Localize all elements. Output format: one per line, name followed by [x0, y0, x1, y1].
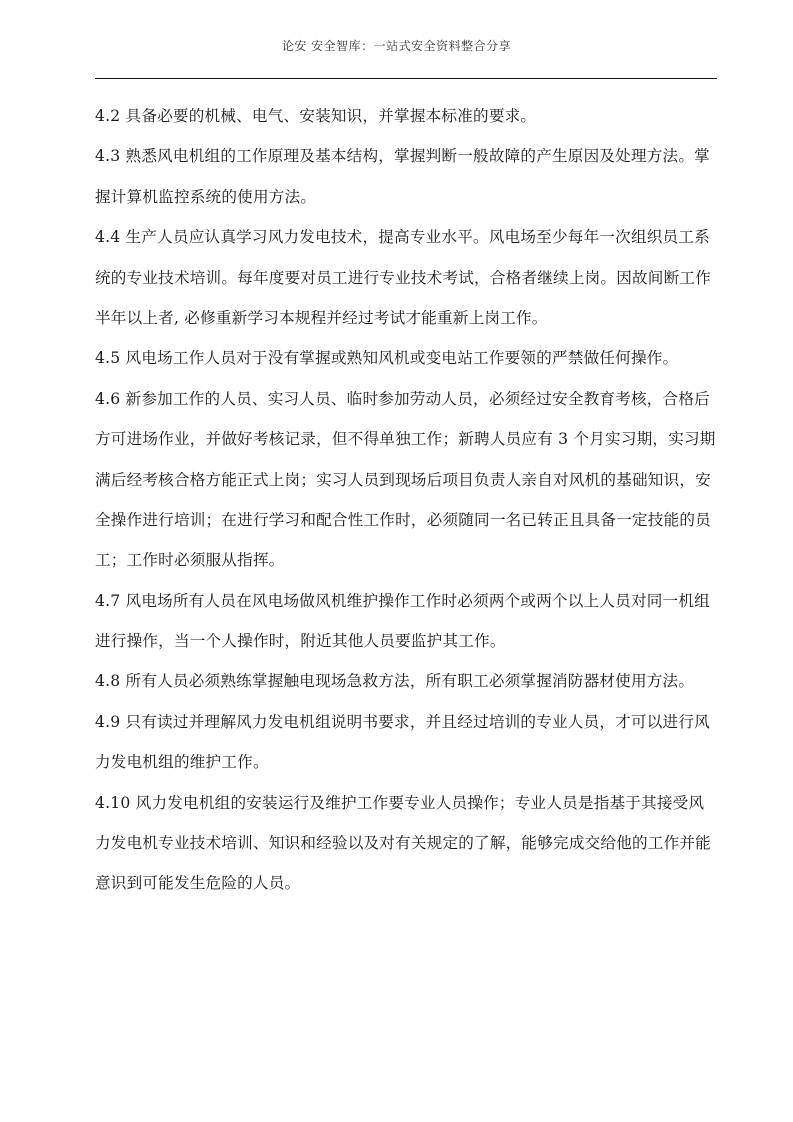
text-line: 统的专业技术培训。每年度要对员工进行专业技术考试，合格者继续上岗。因故间断工作 — [95, 265, 719, 305]
header-divider — [95, 78, 717, 79]
paragraph-4-2: 4.2 具备必要的机械、电气、安装知识，并掌握本标准的要求。 — [95, 103, 719, 143]
paragraph-4-6: 4.6 新参加工作的人员、实习人员、临时参加劳动人员，必须经过安全教育考核，合格… — [95, 386, 719, 588]
text-line: 4.7 风电场所有人员在风电场做风机维护操作工作时必须两个或两个以上人员对同一机… — [95, 588, 719, 628]
document-body: 4.2 具备必要的机械、电气、安装知识，并掌握本标准的要求。 4.3 熟悉风电机… — [95, 103, 719, 911]
paragraph-4-8: 4.8 所有人员必须熟练掌握触电现场急救方法，所有职工必须掌握消防器材使用方法。 — [95, 668, 719, 708]
text-line: 4.9 只有读过并理解风力发电机组说明书要求，并且经过培训的专业人员，才可以进行… — [95, 709, 719, 749]
paragraph-4-7: 4.7 风电场所有人员在风电场做风机维护操作工作时必须两个或两个以上人员对同一机… — [95, 588, 719, 669]
text-line: 4.4 生产人员应认真学习风力发电技术，提高专业水平。风电场至少每年一次组织员工… — [95, 224, 719, 264]
paragraph-4-5: 4.5 风电场工作人员对于没有掌握或熟知风机或变电站工作要领的严禁做任何操作。 — [95, 345, 719, 385]
text-line: 全操作进行培训；在进行学习和配合性工作时，必须随同一名已转正且具备一定技能的员 — [95, 507, 719, 547]
text-line: 工；工作时必须服从指挥。 — [95, 547, 719, 587]
text-line: 4.10 风力发电机组的安装运行及维护工作要专业人员操作；专业人员是指基于其接受… — [95, 790, 719, 830]
text-line: 力发电机专业技术培训、知识和经验以及对有关规定的了解，能够完成交给他的工作并能 — [95, 830, 719, 870]
text-line: 方可进场作业，并做好考核记录，但不得单独工作；新聘人员应有 3 个月实习期，实习… — [95, 426, 719, 466]
text-line: 4.2 具备必要的机械、电气、安装知识，并掌握本标准的要求。 — [95, 103, 719, 143]
text-line: 4.8 所有人员必须熟练掌握触电现场急救方法，所有职工必须掌握消防器材使用方法。 — [95, 668, 719, 708]
text-line: 半年以上者, 必修重新学习本规程并经过考试才能重新上岗工作。 — [95, 305, 719, 345]
paragraph-4-9: 4.9 只有读过并理解风力发电机组说明书要求，并且经过培训的专业人员，才可以进行… — [95, 709, 719, 790]
text-line: 4.5 风电场工作人员对于没有掌握或熟知风机或变电站工作要领的严禁做任何操作。 — [95, 345, 719, 385]
page-header: 论安 安全智库：一站式安全资料整合分享 — [0, 37, 793, 54]
text-line: 满后经考核合格方能正式上岗；实习人员到现场后项目负责人亲自对风机的基础知识，安 — [95, 467, 719, 507]
text-line: 进行操作，当一个人操作时，附近其他人员要监护其工作。 — [95, 628, 719, 668]
paragraph-4-3: 4.3 熟悉风电机组的工作原理及基本结构，掌握判断一般故障的产生原因及处理方法。… — [95, 143, 719, 224]
text-line: 力发电机组的维护工作。 — [95, 749, 719, 789]
paragraph-4-4: 4.4 生产人员应认真学习风力发电技术，提高专业水平。风电场至少每年一次组织员工… — [95, 224, 719, 345]
text-line: 4.3 熟悉风电机组的工作原理及基本结构，掌握判断一般故障的产生原因及处理方法。… — [95, 143, 719, 183]
paragraph-4-10: 4.10 风力发电机组的安装运行及维护工作要专业人员操作；专业人员是指基于其接受… — [95, 790, 719, 911]
text-line: 4.6 新参加工作的人员、实习人员、临时参加劳动人员，必须经过安全教育考核，合格… — [95, 386, 719, 426]
text-line: 握计算机监控系统的使用方法。 — [95, 184, 719, 224]
text-line: 意识到可能发生危险的人员。 — [95, 870, 719, 910]
